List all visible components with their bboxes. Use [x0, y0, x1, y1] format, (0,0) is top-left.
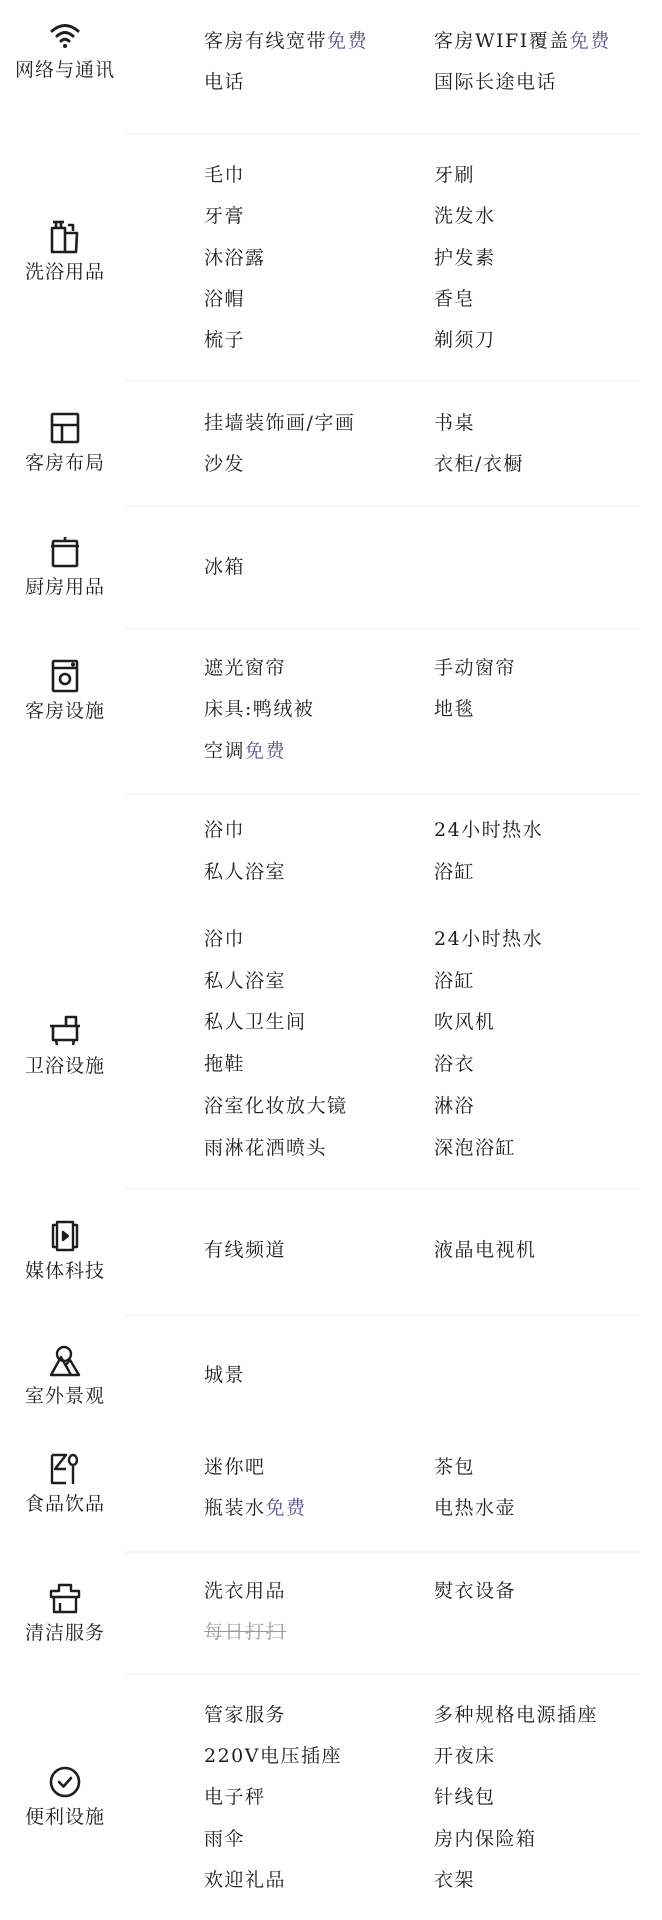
category-cleaning: 清洁服务: [0, 1581, 130, 1645]
wifi-icon: [48, 18, 82, 52]
amenity-item: 手动窗帘: [434, 656, 516, 680]
amenity-item: 毛巾: [204, 163, 245, 187]
amenity-item: 24小时热水: [434, 818, 543, 842]
bathtub-icon: [48, 1014, 82, 1048]
category-kitchen: 厨房用品: [0, 535, 130, 599]
category-label: 室外景观: [0, 1384, 130, 1408]
mountain-view-icon: [48, 1344, 82, 1378]
amenity-item: 电热水壶: [434, 1496, 516, 1520]
section-room-facilities: 客房设施 遮光窗帘 手动窗帘 床具:鸭绒被 地毯 空调免费: [0, 629, 662, 796]
category-convenience: 便利设施: [0, 1765, 130, 1829]
amenity-item: 220V电压插座: [204, 1744, 342, 1768]
amenity-item: 浴缸: [434, 860, 475, 884]
food-drink-icon: [48, 1452, 82, 1486]
amenity-item: 床具:鸭绒被: [204, 697, 314, 721]
amenity-item: 浴室化妆放大镜: [204, 1094, 348, 1118]
amenity-item: 私人卫生间: [204, 1010, 307, 1034]
section-network: 网络与通讯 客房有线宽带免费 客房WIFI覆盖免费 电话 国际长途电话: [0, 0, 662, 135]
category-label: 清洁服务: [0, 1621, 130, 1645]
free-tag: 免费: [570, 30, 611, 52]
amenity-item: 书桌: [434, 411, 475, 435]
amenity-item: 多种规格电源插座: [434, 1703, 598, 1727]
amenity-item: 拖鞋: [204, 1052, 245, 1076]
category-label: 厨房用品: [0, 575, 130, 599]
category-label: 卫浴设施: [0, 1054, 130, 1078]
section-convenience: 便利设施 管家服务 多种规格电源插座 220V电压插座 开夜床 电子秤 针线包 …: [0, 1675, 662, 1920]
media-play-icon: [48, 1219, 82, 1253]
category-media: 媒体科技: [0, 1219, 130, 1283]
amenity-item: 冰箱: [204, 555, 245, 579]
section-kitchen: 厨房用品 冰箱: [0, 507, 662, 629]
section-media: 媒体科技 有线频道 液晶电视机: [0, 1190, 662, 1316]
check-circle-icon: [48, 1765, 82, 1799]
amenity-item: 私人浴室: [204, 969, 286, 993]
amenity-item: 地毯: [434, 697, 475, 721]
free-tag: 免费: [327, 30, 368, 52]
amenity-item: 客房有线宽带免费: [204, 29, 368, 53]
amenity-item: 挂墙装饰画/字画: [204, 411, 355, 435]
amenity-item: 浴巾: [204, 818, 245, 842]
amenity-item: 欢迎礼品: [204, 1868, 286, 1892]
amenity-item: 梳子: [204, 328, 245, 352]
amenity-item: 液晶电视机: [434, 1238, 537, 1262]
amenity-item: 管家服务: [204, 1703, 286, 1727]
amenity-item: 沐浴露: [204, 246, 266, 270]
amenity-item: 房内保险箱: [434, 1827, 537, 1851]
amenity-item: 雨伞: [204, 1827, 245, 1851]
amenity-item: 熨衣设备: [434, 1579, 516, 1603]
washing-machine-icon: [48, 659, 82, 693]
amenity-item: 牙膏: [204, 204, 245, 228]
free-tag: 免费: [266, 1497, 307, 1519]
section-cleaning: 清洁服务 洗衣用品 熨衣设备 每日打扫: [0, 1553, 662, 1675]
amenity-item: 茶包: [434, 1455, 475, 1479]
fridge-icon: [48, 535, 82, 569]
section-bathroom: 卫浴设施 浴巾 24小时热水 私人浴室 浴缸 浴巾 24小时热水 私人浴室 浴缸…: [0, 796, 662, 1190]
amenity-item: 浴缸: [434, 969, 475, 993]
category-room-facilities: 客房设施: [0, 659, 130, 723]
category-toiletries: 洗浴用品: [0, 220, 130, 284]
amenity-item: 浴帽: [204, 287, 245, 311]
amenity-item: 开夜床: [434, 1744, 496, 1768]
category-food-drink: 食品饮品: [0, 1452, 130, 1516]
amenity-item: 瓶装水免费: [204, 1496, 307, 1520]
amenity-item: 电话: [204, 70, 245, 94]
category-room-layout: 客房布局: [0, 411, 130, 475]
amenity-item: 空调免费: [204, 739, 286, 763]
category-outdoor-view: 室外景观: [0, 1344, 130, 1408]
amenity-item: 淋浴: [434, 1094, 475, 1118]
amenity-item: 衣架: [434, 1868, 475, 1892]
category-label: 便利设施: [0, 1805, 130, 1829]
amenity-item: 牙刷: [434, 163, 475, 187]
category-label: 食品饮品: [0, 1492, 130, 1516]
amenity-item: 有线频道: [204, 1238, 286, 1262]
amenity-item: 吹风机: [434, 1010, 496, 1034]
category-label: 媒体科技: [0, 1259, 130, 1283]
category-label: 客房设施: [0, 699, 130, 723]
category-label: 洗浴用品: [0, 260, 130, 284]
toiletries-icon: [48, 220, 82, 254]
amenity-item: 洗衣用品: [204, 1579, 286, 1603]
amenity-item: 雨淋花洒喷头: [204, 1136, 327, 1160]
amenity-item: 迷你吧: [204, 1455, 266, 1479]
category-network: 网络与通讯: [0, 18, 130, 82]
amenity-item: 国际长途电话: [434, 70, 557, 94]
amenity-item: 私人浴室: [204, 860, 286, 884]
amenity-item: 遮光窗帘: [204, 656, 286, 680]
section-outdoor-view: 室外景观 城景: [0, 1316, 662, 1436]
amenity-item: 电子秤: [204, 1785, 266, 1809]
amenity-item: 浴巾: [204, 927, 245, 951]
amenity-item: 针线包: [434, 1785, 496, 1809]
category-label: 客房布局: [0, 451, 130, 475]
amenity-item: 沙发: [204, 452, 245, 476]
amenity-item: 浴衣: [434, 1052, 475, 1076]
amenity-item: 衣柜/衣橱: [434, 452, 524, 476]
free-tag: 免费: [245, 740, 286, 762]
section-toiletries: 洗浴用品 毛巾 牙刷 牙膏 洗发水 沐浴露 护发素 浴帽 香皂 梳子 剃须刀: [0, 135, 662, 383]
section-food-drink: 食品饮品 迷你吧 茶包 瓶装水免费 电热水壶: [0, 1436, 662, 1553]
category-bathroom: 卫浴设施: [0, 1014, 130, 1078]
section-divider: [124, 379, 640, 382]
amenity-item: 护发素: [434, 246, 496, 270]
layout-icon: [48, 411, 82, 445]
amenity-item: 24小时热水: [434, 927, 543, 951]
section-room-layout: 客房布局 挂墙装饰画/字画 书桌 沙发 衣柜/衣橱: [0, 383, 662, 507]
amenity-item: 洗发水: [434, 204, 496, 228]
category-label: 网络与通讯: [0, 58, 130, 82]
amenity-item-unavailable: 每日打扫: [204, 1620, 286, 1644]
amenity-item: 剃须刀: [434, 328, 496, 352]
amenity-item: 深泡浴缸: [434, 1136, 516, 1160]
amenity-item: 客房WIFI覆盖免费: [434, 29, 611, 53]
amenity-item: 城景: [204, 1363, 245, 1387]
cleaning-icon: [48, 1581, 82, 1615]
amenity-item: 香皂: [434, 287, 475, 311]
